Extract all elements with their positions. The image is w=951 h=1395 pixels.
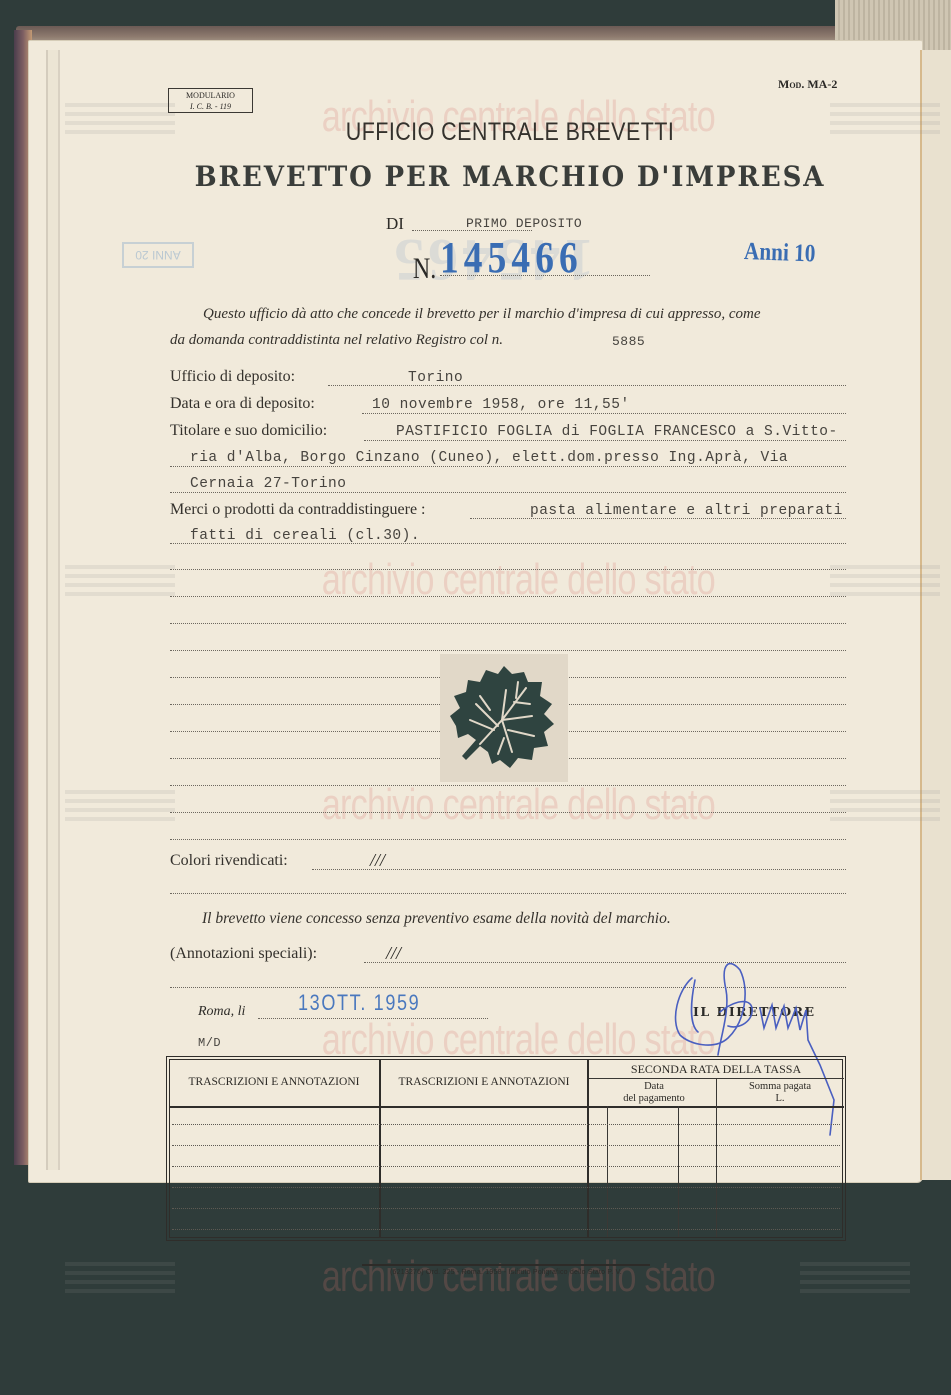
watermark-logo: [830, 103, 940, 135]
table-header-somma: Somma pagata L.: [718, 1081, 842, 1105]
dotted-line: [312, 869, 846, 870]
table-row: [172, 1166, 840, 1167]
annotazioni-value: ///: [386, 943, 401, 964]
initials: M/D: [198, 1036, 221, 1050]
table-header-col1: TRASCRIZIONI E ANNOTAZIONI: [174, 1076, 374, 1088]
dotted-line: [328, 385, 846, 386]
dotted-line: [170, 596, 846, 597]
merci-line-1: pasta alimentare e altri preparati: [530, 503, 843, 519]
intro-line-2: da domanda contraddistinta nel relativo …: [170, 327, 860, 353]
dotted-line: [170, 785, 846, 786]
table-header-col2: TRASCRIZIONI E ANNOTAZIONI: [382, 1076, 586, 1088]
model-code: Mod. MA-2: [778, 77, 837, 92]
table-divider: [170, 1106, 844, 1108]
table-divider: [716, 1078, 717, 1237]
ufficio-value: Torino: [408, 370, 463, 386]
dotted-line: [170, 492, 846, 493]
number-label: N.: [413, 252, 436, 286]
titolare-label: Titolare e suo domicilio:: [170, 422, 327, 440]
trademark-image: [440, 654, 568, 782]
dotted-line: [362, 413, 846, 414]
dotted-line: [170, 839, 846, 840]
table-divider: [607, 1106, 608, 1237]
dotted-line: [170, 623, 846, 624]
data-label: Data e ora di deposito:: [170, 395, 315, 413]
form-code-line1: MODULARIO: [169, 90, 252, 101]
dotted-line: [170, 812, 846, 813]
printer-imprint: (6213276) Ord. 325 - Roma. 1958 - Istitu…: [362, 1269, 650, 1276]
vine-leaf-icon: [446, 660, 562, 776]
watermark-logo: [800, 1262, 910, 1294]
form-code-line2: I. C. B. - 119: [169, 101, 252, 112]
table-header-data: Data del pagamento: [590, 1081, 718, 1105]
exam-note: Il brevetto viene concesso senza prevent…: [202, 910, 671, 928]
table-header-group: SECONDA RATA DELLA TASSA: [590, 1062, 842, 1077]
table-header-data-line1: Data: [590, 1081, 718, 1093]
watermark-logo: [830, 565, 940, 597]
patent-number-stamp: 145466: [440, 232, 583, 283]
table-header-data-line2: del pagamento: [590, 1093, 718, 1105]
watermark: archivio centrale dello stato: [322, 1252, 689, 1302]
dotted-line: [170, 569, 846, 570]
colori-value: ///: [370, 850, 385, 871]
table-row: [172, 1145, 840, 1146]
duration-stamp: Anni 10: [744, 238, 816, 268]
dotted-line: [364, 440, 846, 441]
table-row: [172, 1187, 840, 1188]
page-stack-edge: [46, 50, 60, 1170]
bleed-through-stamp: ANNI 20: [122, 242, 194, 268]
watermark-logo: [830, 790, 940, 822]
intro-line-1: Questo ufficio dà atto che concede il br…: [170, 301, 860, 327]
watermark-logo: [65, 103, 175, 135]
dotted-line: [170, 466, 846, 467]
titolare-line-2: ria d'Alba, Borgo Cinzano (Cuneo), elett…: [190, 450, 788, 466]
watermark-logo: [65, 790, 175, 822]
annotations-table: TRASCRIZIONI E ANNOTAZIONI TRASCRIZIONI …: [166, 1056, 846, 1241]
dotted-line: [258, 1018, 488, 1019]
merci-label: Merci o prodotti da contraddistinguere :: [170, 501, 425, 519]
annotazioni-label: (Annotazioni speciali):: [170, 945, 317, 963]
table-header-somma-line1: Somma pagata: [718, 1081, 842, 1093]
deposit-type: PRIMO DEPOSITO: [466, 216, 582, 231]
dotted-line: [170, 650, 846, 651]
di-label: DI: [386, 214, 404, 234]
titolare-line-3: Cernaia 27-Torino: [190, 476, 346, 492]
table-row: [172, 1124, 840, 1125]
office-title: UFFICIO CENTRALE BREVETTI: [209, 118, 811, 147]
watermark: archivio centrale dello stato: [322, 555, 689, 605]
merci-line-2: fatti di cereali (cl.30).: [190, 528, 420, 544]
table-divider: [379, 1060, 381, 1237]
next-page-edge: [920, 50, 951, 1180]
document-title: BREVETTO PER MARCHIO D'IMPRESA: [185, 160, 836, 193]
place-label: Roma, li: [198, 1004, 245, 1020]
colori-label: Colori rivendicati:: [170, 852, 288, 870]
table-header-somma-line2: L.: [718, 1093, 842, 1105]
table-row: [172, 1229, 840, 1230]
register-number: 5885: [612, 334, 645, 349]
data-value: 10 novembre 1958, ore 11,55': [372, 397, 630, 413]
footer-rule: [362, 1264, 650, 1266]
titolare-line-1: PASTIFICIO FOGLIA di FOGLIA FRANCESCO a …: [396, 424, 838, 440]
dotted-line: [170, 893, 846, 894]
table-divider: [587, 1060, 589, 1237]
form-code-box: MODULARIO I. C. B. - 119: [168, 88, 253, 113]
watermark: archivio centrale dello stato: [322, 780, 689, 830]
ufficio-label: Ufficio di deposito:: [170, 368, 295, 386]
watermark-logo: [65, 565, 175, 597]
watermark-logo: [65, 1262, 175, 1294]
date-stamp: 13OTT. 1959: [298, 990, 420, 1016]
table-row: [172, 1208, 840, 1209]
table-divider: [678, 1106, 679, 1237]
